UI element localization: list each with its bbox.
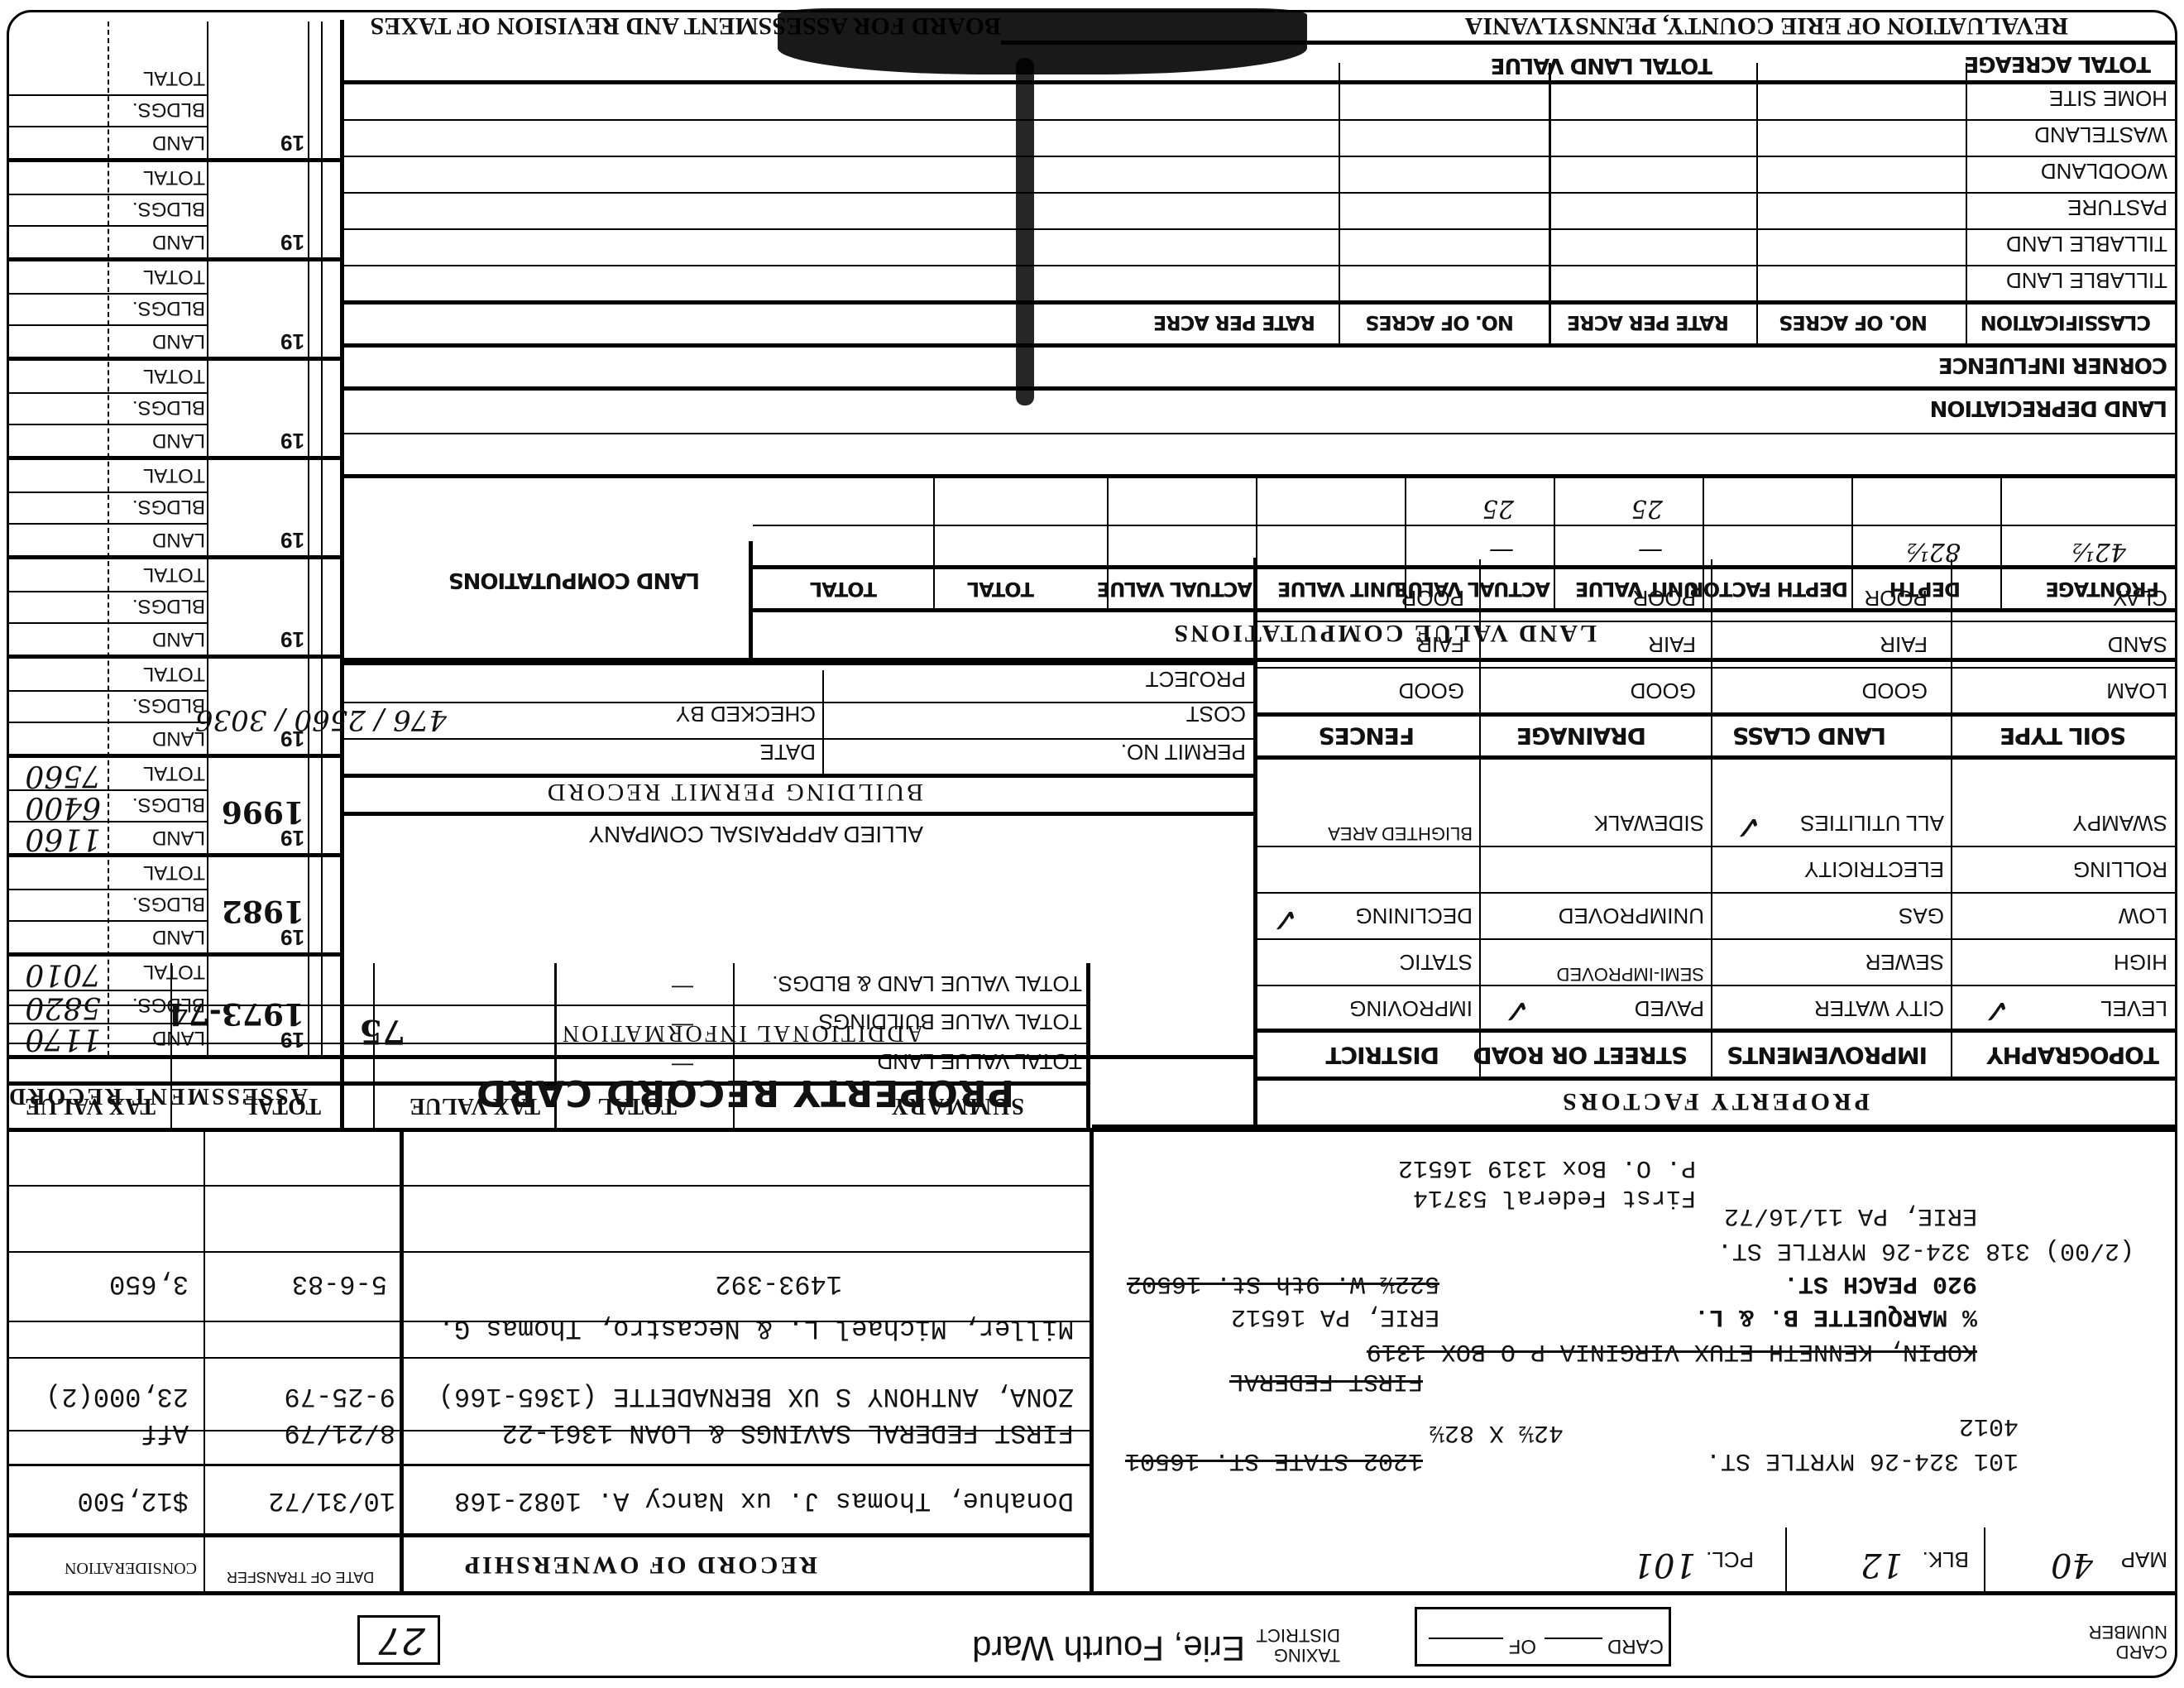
factor-header: STREET OR ROAD [1473, 1042, 1688, 1069]
check-mark-icon[interactable]: ✓ [1271, 900, 1299, 938]
card-blank [1545, 1638, 1602, 1639]
corner-influence-row: CORNER INFLUENCE [344, 346, 2176, 387]
land-depreciation-row: LAND DEPRECIATION [344, 391, 2176, 432]
check-mark-icon[interactable]: ✓ [1734, 808, 1762, 846]
assessment-land-value[interactable]: 1160 [25, 822, 101, 856]
address-line: 1202 STATE ST. 16501 [1125, 1446, 1423, 1475]
assessment-year[interactable]: 1982 [222, 894, 304, 928]
parcel-id-row: MAP 40 BLK. 12 PCL. 101 [1092, 1527, 2176, 1592]
property-factors-title: PROPERTY FACTORS [1559, 1087, 1870, 1115]
checked-by-label: CHECKED BY [676, 701, 816, 727]
date-of-transfer-header: DATE OF TRANSFER [213, 1569, 387, 1585]
address-line: FIRST FEDERAL [1229, 1367, 1423, 1395]
blk-value[interactable]: 12 [1861, 1546, 1903, 1584]
factor-items: LEVEL ✓ CITY WATER PAVED ✓ IMPROVING HIG… [1257, 756, 2176, 1029]
acreage-rows: TILLABLE LAND TILLABLE LAND PASTURE WOOD… [1092, 61, 2176, 301]
record-of-ownership: RECORD OF OWNERSHIP DATE OF TRANSFER CON… [8, 1132, 1090, 1592]
acreage-header-row: CLASSIFICATION NO. OF ACRES RATE PER ACR… [1092, 303, 2176, 344]
land-computations-label: LAND COMPUTATIONS [449, 568, 700, 592]
check-mark-icon[interactable]: ✓ [1982, 991, 2010, 1029]
allied-appraisal-company: ALLIED APPRAISAL COMPANY [588, 821, 923, 847]
frontage-row: 42½ 82½ — — [753, 525, 2176, 566]
ink-drip [1016, 58, 1034, 405]
assessment-total-value[interactable]: 7010 [25, 957, 101, 991]
assessment-block: 19 LAND BLDGS. TOTAL [8, 460, 341, 556]
assessment-block: 19 1982 LAND BLDGS. TOTAL [8, 857, 341, 953]
pcl-label: PCL. [1706, 1547, 1754, 1572]
additional-information: ADDITIONAL INFORMATION [560, 1019, 923, 1046]
land-value-title: LAND VALUE COMPUTATIONS [1171, 619, 1597, 647]
of-blank [1429, 1638, 1503, 1639]
property-record-card-title: PROPERTY RECORD CARD [476, 1072, 1014, 1114]
map-label: MAP [2121, 1547, 2167, 1572]
assessment-blocks: 19 1973-74 LAND 1170 BLDGS. 5820 TOTAL 7… [8, 22, 341, 1056]
stamp-number: 27 [378, 1616, 426, 1661]
address-line: 522½ W. 9th St. 16502 [1127, 1269, 1439, 1297]
factor-header: IMPROVEMENTS [1727, 1042, 1928, 1069]
assessment-record-header: ASSESSMENT RECORD [8, 1054, 341, 1129]
assessment-block: 19 LAND BLDGS. TOTAL [8, 559, 341, 655]
assessment-year[interactable]: 1996 [222, 794, 304, 829]
ownership-title: RECORD OF OWNERSHIP [462, 1551, 817, 1579]
land-computations-box: LAND COMPUTATIONS [344, 541, 750, 659]
check-mark-icon[interactable]: ✓ [1502, 991, 1530, 1029]
header-strip: CARD NUMBER CARD OF TAXING DISTRICT Erie… [8, 1594, 2176, 1676]
card-label: CARD [1607, 1634, 1664, 1657]
pcl-value[interactable]: 101 [1633, 1546, 1696, 1584]
assessment-block: 19 LAND BLDGS. TOTAL [8, 261, 341, 357]
address-line: 42½ X 82½ [1430, 1418, 1564, 1446]
blk-label: BLK. [1923, 1547, 1969, 1572]
address-line: (2/00) 318 324-26 MYRTLE ST. [1717, 1236, 2134, 1264]
address-block: 4012 101 324-26 MYRTLE ST. 42½ X 82½ 120… [1092, 1129, 2167, 1526]
assessment-block: 19 LAND BLDGS. TOTAL [8, 60, 341, 159]
factor-header: TOPOGRAPHY [1987, 1042, 2159, 1069]
address-line: ERIE, PA 16512 [1231, 1302, 1439, 1331]
of-label: OF [1509, 1634, 1536, 1657]
card-of-box[interactable]: CARD OF [1415, 1607, 1671, 1666]
property-record-card: CARD NUMBER CARD OF TAXING DISTRICT Erie… [0, 0, 2184, 1688]
assessment-bldgs-value[interactable]: 6400 [25, 790, 101, 824]
ownership-row: Donahue, Thomas J. ux Nancy A. 1082-168 … [8, 1468, 1090, 1534]
address-line: ERIE, PA 11/16/72 [1724, 1201, 1977, 1230]
cost-label: COST [1186, 701, 1246, 727]
address-line: First Federal 53714 [1413, 1183, 1696, 1211]
map-value[interactable]: 40 [2051, 1546, 2093, 1584]
stamp-box: 27 [357, 1615, 440, 1665]
land-value-computations-header: LAND VALUE COMPUTATIONS [753, 609, 2176, 659]
ownership-rows: Donahue, Thomas J. ux Nancy A. 1082-168 … [8, 1137, 1090, 1534]
address-line: 920 PEACH ST. [1784, 1269, 1977, 1297]
ink-stain [778, 8, 1307, 74]
permit-side-note: 476 / 2560 / 3036 [195, 703, 447, 736]
ownership-row: ZONA, ANTHONY S UX BERNADETTE (1365-166)… [8, 1360, 1090, 1427]
address-line: KOPIN, KENNETH ETUX VIRGINIA P O BOX 131… [1367, 1337, 1977, 1365]
assessment-block: 19 1996 LAND 1160 BLDGS. 6400 TOTAL 7560 [8, 758, 341, 854]
taxing-district-label: TAXING DISTRICT [1249, 1625, 1340, 1665]
assessment-block: 19 LAND BLDGS. TOTAL [8, 361, 341, 457]
permit-no-label: PERMIT NO. [1121, 739, 1246, 765]
address-line: 101 324-26 MYRTLE ST. [1706, 1446, 2019, 1475]
consideration-header: CONSIDERATION [65, 1558, 197, 1577]
factor-header: DISTRICT [1326, 1042, 1439, 1069]
assessment-block: 19 LAND BLDGS. TOTAL [8, 162, 341, 258]
assessment-bldgs-value[interactable]: 5820 [25, 990, 101, 1024]
card-number-label: CARD NUMBER [2068, 1622, 2167, 1662]
ownership-row: 1493-392 5-6-83 3,650 [8, 1259, 1090, 1317]
assessment-block: 19 1973-74 LAND 1170 BLDGS. 5820 TOTAL 7… [8, 957, 341, 1056]
address-line: P. O. Box 1319 16512 [1398, 1153, 1696, 1182]
date-label: DATE [760, 739, 816, 765]
frontage-header-row: FRONTAGE DEPTH DEPTH FACTOR UNIT VALUE A… [753, 568, 2176, 609]
address-line: % MARQUETTE B. & L. [1694, 1302, 1977, 1331]
address-line: 4012 [1959, 1412, 2019, 1440]
assessment-total-value[interactable]: 7560 [25, 759, 101, 793]
assessment-land-value[interactable]: 1170 [25, 1022, 101, 1056]
taxing-district-value: Erie, Fourth Ward [972, 1628, 1245, 1668]
building-permit-record: BUILDING PERMIT RECORD [545, 778, 923, 806]
project-label: PROJECT [1146, 666, 1246, 692]
frontage-row: 25 25 [753, 482, 2176, 523]
assessment-record-title: ASSESSMENT RECORD [7, 1082, 308, 1109]
year-side-note: 75 [359, 1012, 405, 1051]
